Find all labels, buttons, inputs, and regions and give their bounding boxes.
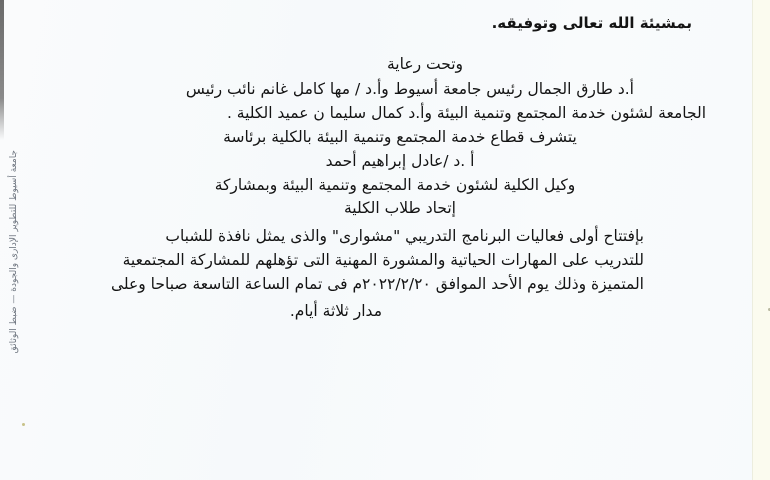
body-line-9: المتميزة وذلك يوم الأحد الموافق ٢٠٢٢/٢/٢… <box>111 275 644 293</box>
body-line-6: إتحاد طلاب الكلية <box>250 199 550 217</box>
body-line-7: بإفتتاح أولى فعاليات البرنامج التدريبي "… <box>165 227 644 245</box>
body-line-3: يتشرف قطاع خدمة المجتمع وتنمية البيئة با… <box>185 128 615 146</box>
body-line-5: وكيل الكلية لشئون خدمة المجتمع وتنمية ال… <box>170 176 620 194</box>
scanned-document-page: جامعة أسيوط للتطوير الإدارى والجودة — ضب… <box>0 0 770 480</box>
scan-speck <box>22 423 25 426</box>
header-basmala-line: بمشيئة الله تعالى وتوفيقه. <box>492 14 692 32</box>
scan-left-edge-shadow <box>0 0 4 140</box>
scan-right-edge-margin <box>752 0 770 480</box>
body-line-2: الجامعة لشئون خدمة المجتمع وتنمية البيئة… <box>227 104 706 122</box>
body-line-4: أ .د /عادل إبراهيم أحمد <box>250 152 550 170</box>
body-line-10: مدار ثلاثة أيام. <box>290 302 382 320</box>
body-line-8: للتدريب على المهارات الحياتية والمشورة ا… <box>123 251 644 269</box>
body-line-1: أ.د طارق الجمال رئيس جامعة أسيوط وأ.د / … <box>186 80 634 98</box>
side-stamp-text: جامعة أسيوط للتطوير الإدارى والجودة — ضب… <box>9 150 23 380</box>
sponsorship-heading: وتحت رعاية <box>340 55 510 73</box>
